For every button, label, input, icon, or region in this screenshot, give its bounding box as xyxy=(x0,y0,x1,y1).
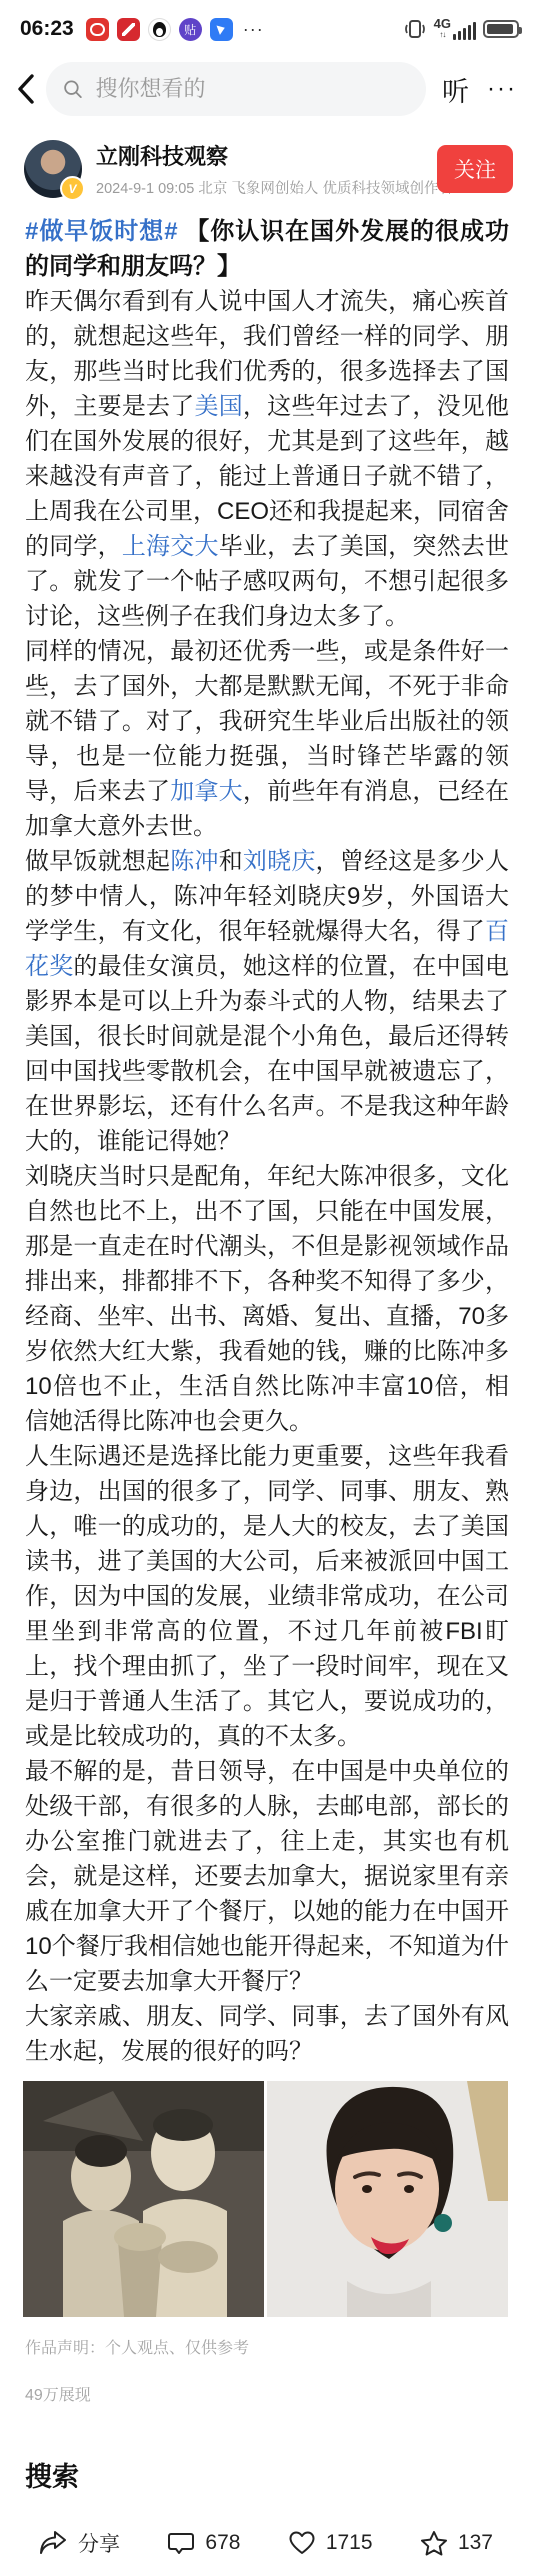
qq-penguin-icon xyxy=(148,18,171,41)
more-notifications-dots: ··· xyxy=(243,19,264,40)
signal-bars-icon xyxy=(453,22,476,40)
share-label: 分享 xyxy=(78,2528,120,2558)
favorite-button[interactable]: 137 xyxy=(420,2530,493,2557)
post-paragraph: 人生际遇还是选择比能力更重要，这些年我看身边，出国的很多了，同学、同事、朋友、熟… xyxy=(25,1439,509,1754)
post-image-portrait-photo[interactable] xyxy=(267,2081,508,2317)
blue-send-app-icon xyxy=(210,18,233,41)
search-icon xyxy=(62,77,84,101)
tieba-icon: 贴 xyxy=(179,18,202,41)
post-paragraph: #做早饭时想# 【你认识在国外发展的很成功的同学和朋友吗？】 xyxy=(25,214,509,284)
post-paragraph: 做早饭就想起陈冲和刘晓庆，曾经这是多少人的梦中情人，陈冲年轻刘晓庆9岁，外国语大… xyxy=(25,844,509,1159)
like-count: 1715 xyxy=(326,2531,373,2555)
post-text: 人生际遇还是选择比能力更重要，这些年我看身边，出国的很多了，同学、同事、朋友、熟… xyxy=(25,1443,509,1750)
heart-icon xyxy=(288,2530,316,2556)
post-text: 做早饭就想起 xyxy=(25,848,170,875)
signal-indicator: 4G↑↓ xyxy=(434,18,476,40)
post-inline-link[interactable]: 美国 xyxy=(194,393,242,420)
post-text: 和 xyxy=(219,848,243,875)
comments-button[interactable]: 678 xyxy=(167,2529,240,2557)
post-body: #做早饭时想# 【你认识在国外发展的很成功的同学和朋友吗？】昨天偶尔看到有人说中… xyxy=(0,198,533,2069)
post-inline-link[interactable]: #做早饭时想# xyxy=(25,218,185,245)
author-info: 立刚科技观察 2024-9-1 09:05 北京 飞象网创始人 优质科技领域创作… xyxy=(96,140,437,198)
post-text: 的最佳女演员，她这样的位置，在中国电影界本是可以上升为泰斗式的人物，结果去了美国… xyxy=(25,953,509,1155)
red-app-icon xyxy=(86,18,109,41)
star-count: 137 xyxy=(458,2531,493,2555)
post-paragraph: 最不解的是，昔日领导，在中国是中央单位的处级干部，有很多的人脉，去邮电部，部长的… xyxy=(25,1754,509,1999)
back-button[interactable] xyxy=(8,71,44,107)
listen-button[interactable]: 听 xyxy=(442,70,469,109)
author-name[interactable]: 立刚科技观察 xyxy=(96,140,437,171)
more-menu-button[interactable]: ··· xyxy=(487,75,517,103)
post-images-row xyxy=(0,2069,533,2317)
like-button[interactable]: 1715 xyxy=(288,2530,373,2556)
status-bar: 06:23 贴 ··· 4G↑↓ xyxy=(0,0,533,48)
star-icon xyxy=(420,2530,448,2557)
impressions-count: 49万展现 xyxy=(0,2358,533,2405)
follow-button[interactable]: 关注 xyxy=(437,145,513,193)
bottom-action-bar: 分享 678 1715 137 xyxy=(0,2494,533,2558)
author-meta: 2024-9-1 09:05 北京 飞象网创始人 优质科技领域创作者 xyxy=(96,177,437,198)
verified-badge-icon: V xyxy=(60,176,85,201)
post-inline-link[interactable]: 陈冲 xyxy=(170,848,218,875)
comment-count: 678 xyxy=(205,2531,240,2555)
post-paragraph: 同样的情况，最初还优秀一些，或是条件好一些，去了国外，大都是默默无闻，不死于非命… xyxy=(25,634,509,844)
post-text: 大家亲戚、朋友、同学、同事，去了国外有风生水起，发展的很好的吗？ xyxy=(25,2003,509,2065)
search-section-heading: 搜索 xyxy=(0,2405,533,2494)
post-inline-link[interactable]: 加拿大 xyxy=(170,778,243,805)
post-paragraph: 昨天偶尔看到有人说中国人才流失，痛心疾首的，就想起这些年，我们曾经一样的同学、朋… xyxy=(25,284,509,634)
red-app-icon-2 xyxy=(117,18,140,41)
share-icon xyxy=(38,2529,68,2557)
vibrate-icon xyxy=(403,18,427,40)
comment-icon xyxy=(167,2529,195,2557)
battery-icon xyxy=(483,20,519,38)
post-inline-link[interactable]: 上海交大 xyxy=(122,533,219,560)
author-row: V 立刚科技观察 2024-9-1 09:05 北京 飞象网创始人 优质科技领域… xyxy=(0,116,533,198)
share-button[interactable]: 分享 xyxy=(38,2528,120,2558)
search-bar[interactable] xyxy=(46,62,426,116)
post-text: 最不解的是，昔日领导，在中国是中央单位的处级干部，有很多的人脉，去邮电部，部长的… xyxy=(25,1758,509,1995)
network-type-label: 4G↑↓ xyxy=(434,18,451,40)
post-paragraph: 刘晓庆当时只是配角，年纪大陈冲很多，文化自然也比不上，出不了国，只能在中国发展，… xyxy=(25,1159,509,1439)
content-declaration: 作品声明：个人观点、仅供参考 xyxy=(0,2317,533,2358)
post-image-bw-photo[interactable] xyxy=(23,2081,264,2317)
post-text: 刘晓庆当时只是配角，年纪大陈冲很多，文化自然也比不上，出不了国，只能在中国发展，… xyxy=(25,1163,509,1435)
back-chevron-icon xyxy=(15,73,37,105)
post-inline-link[interactable]: 刘晓庆 xyxy=(243,848,316,875)
search-input[interactable] xyxy=(94,75,410,103)
post-paragraph: 大家亲戚、朋友、同学、同事，去了国外有风生水起，发展的很好的吗？ xyxy=(25,1999,509,2069)
status-indicators: 4G↑↓ xyxy=(403,18,519,40)
author-avatar[interactable]: V xyxy=(24,140,82,198)
notification-app-icons: 贴 ··· xyxy=(86,18,264,41)
top-search-row: 听 ··· xyxy=(0,48,533,116)
clock-time: 06:23 xyxy=(20,17,74,41)
